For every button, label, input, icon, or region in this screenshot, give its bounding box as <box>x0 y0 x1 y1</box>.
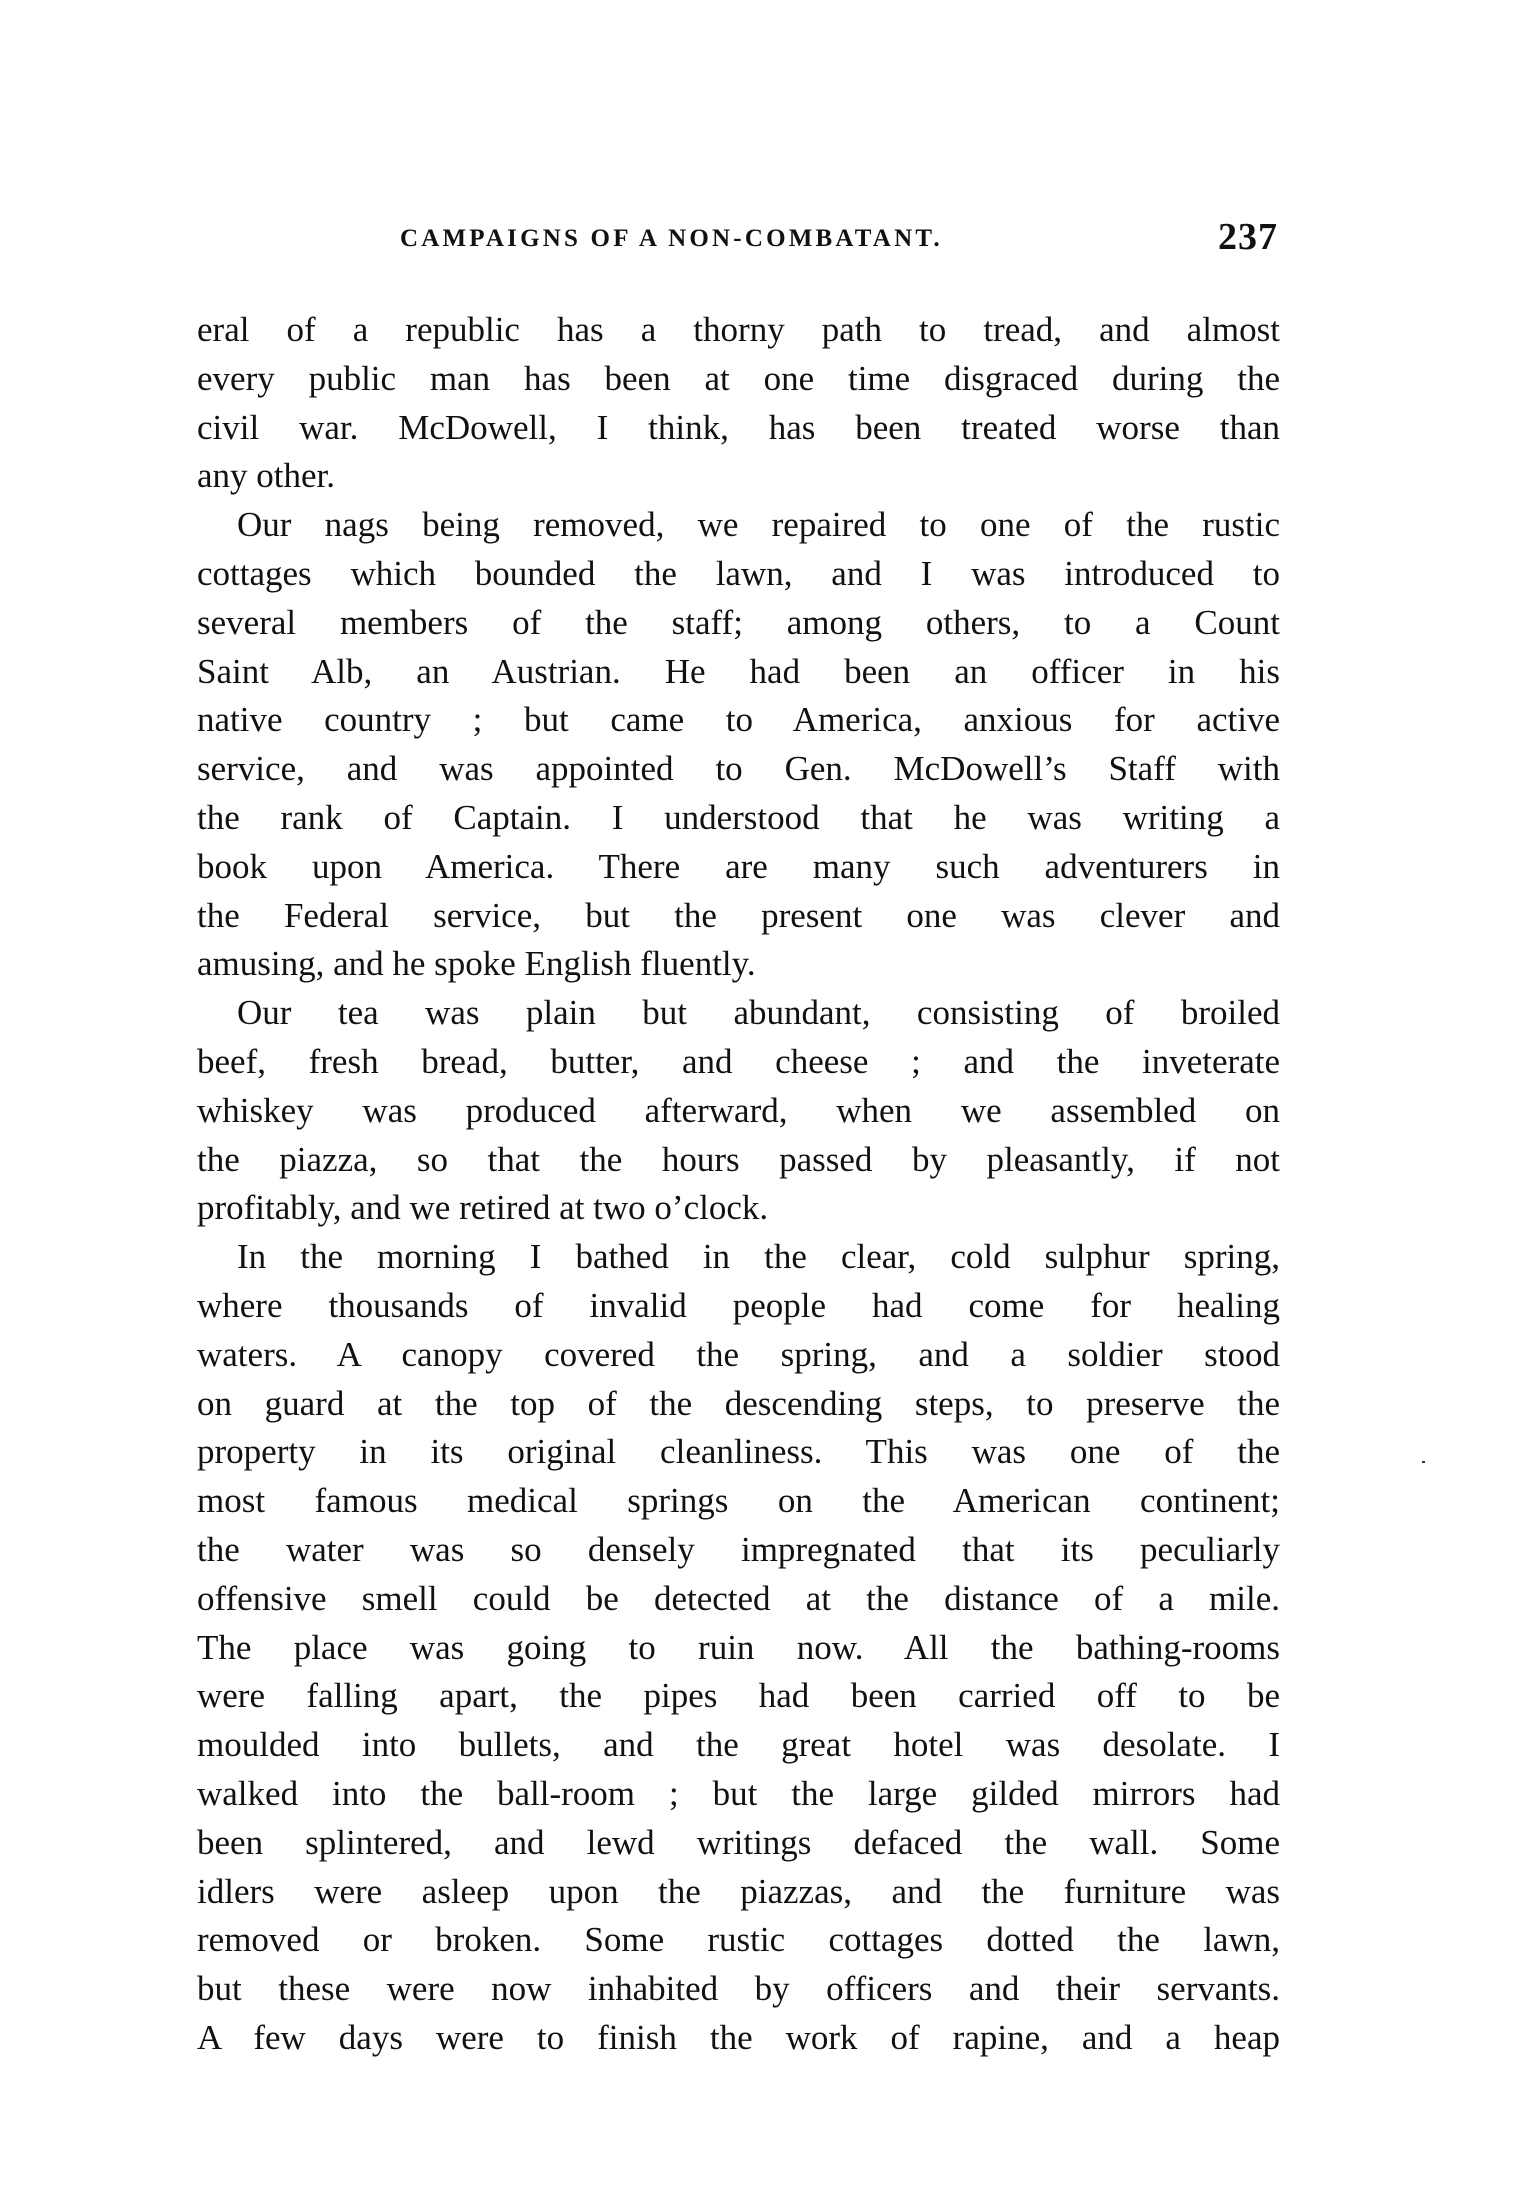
text-line: cottages which bounded the lawn, and I w… <box>197 550 1280 599</box>
text-line: the rank of Captain. I understood that h… <box>197 794 1280 843</box>
text-line: walked into the ball-room ; but the larg… <box>197 1770 1280 1819</box>
running-head: CAMPAIGNS OF A NON-COMBATANT. 237 <box>197 218 1280 258</box>
text-line: the piazza, so that the hours passed by … <box>197 1136 1280 1185</box>
text-line: idlers were asleep upon the piazzas, and… <box>197 1868 1280 1917</box>
text-line: on guard at the top of the descending st… <box>197 1380 1280 1429</box>
paragraph-3: Our tea was plain but abundant, consisti… <box>197 989 1280 1233</box>
book-page: CAMPAIGNS OF A NON-COMBATANT. 237 eral o… <box>0 0 1529 2204</box>
text-line: A few days were to finish the work of ra… <box>197 2014 1280 2063</box>
text-line: beef, fresh bread, butter, and cheese ; … <box>197 1038 1280 1087</box>
paragraph-1: eral of a republic has a thorny path to … <box>197 306 1280 501</box>
text-line: civil war. McDowell, I think, has been t… <box>197 404 1280 453</box>
text-line: book upon America. There are many such a… <box>197 843 1280 892</box>
text-line: where thousands of invalid people had co… <box>197 1282 1280 1331</box>
text-line: been splintered, and lewd writings defac… <box>197 1819 1280 1868</box>
text-line: waters. A canopy covered the spring, and… <box>197 1331 1280 1380</box>
text-line: profitably, and we retired at two o’cloc… <box>197 1184 1280 1233</box>
running-title: CAMPAIGNS OF A NON-COMBATANT. <box>400 224 943 254</box>
text-line: The place was going to ruin now. All the… <box>197 1624 1280 1673</box>
page-number: 237 <box>1218 218 1278 256</box>
scan-speck <box>1422 1461 1425 1463</box>
text-line: offensive smell could be detected at the… <box>197 1575 1280 1624</box>
text-line: eral of a republic has a thorny path to … <box>197 306 1280 355</box>
text-line: property in its original cleanliness. Th… <box>197 1428 1280 1477</box>
text-line: the water was so densely impregnated tha… <box>197 1526 1280 1575</box>
text-line: whiskey was produced afterward, when we … <box>197 1087 1280 1136</box>
text-line: Our tea was plain but abundant, consisti… <box>197 989 1280 1038</box>
text-line: but these were now inhabited by officers… <box>197 1965 1280 2014</box>
text-line: Saint Alb, an Austrian. He had been an o… <box>197 648 1280 697</box>
text-line: most famous medical springs on the Ameri… <box>197 1477 1280 1526</box>
text-line: removed or broken. Some rustic cottages … <box>197 1916 1280 1965</box>
text-line: Our nags being removed, we repaired to o… <box>197 501 1280 550</box>
text-line: In the morning I bathed in the clear, co… <box>197 1233 1280 1282</box>
text-line: several members of the staff; among othe… <box>197 599 1280 648</box>
text-line: native country ; but came to America, an… <box>197 696 1280 745</box>
text-line: amusing, and he spoke English fluently. <box>197 940 1280 989</box>
body-text: eral of a republic has a thorny path to … <box>197 306 1280 2063</box>
text-line: every public man has been at one time di… <box>197 355 1280 404</box>
text-line: the Federal service, but the present one… <box>197 892 1280 941</box>
text-line: moulded into bullets, and the great hote… <box>197 1721 1280 1770</box>
paragraph-4: In the morning I bathed in the clear, co… <box>197 1233 1280 2063</box>
paragraph-2: Our nags being removed, we repaired to o… <box>197 501 1280 989</box>
text-line: service, and was appointed to Gen. McDow… <box>197 745 1280 794</box>
text-line: were falling apart, the pipes had been c… <box>197 1672 1280 1721</box>
text-line: any other. <box>197 452 1280 501</box>
